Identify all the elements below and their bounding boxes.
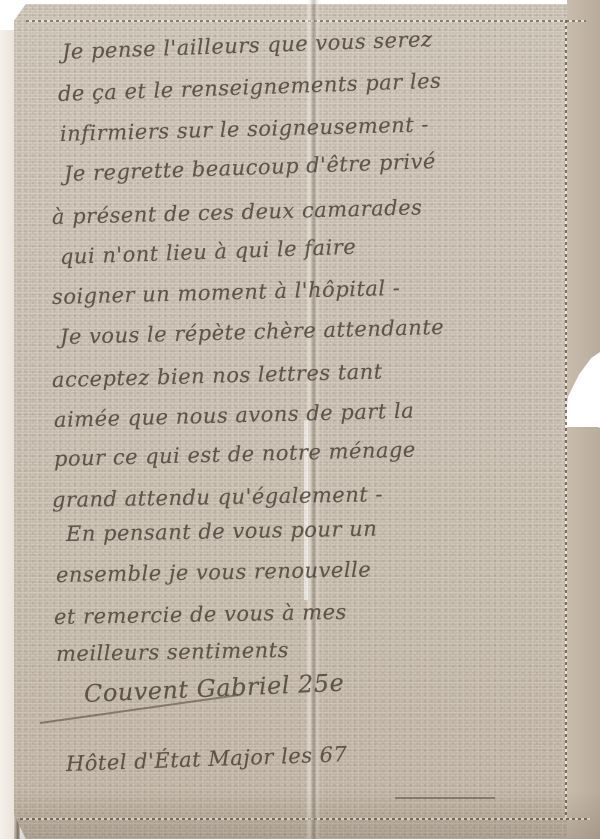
handwritten-line: ensemble je vous renouvelle bbox=[56, 557, 372, 586]
handwritten-line: soigner un moment à l'hôpital - bbox=[52, 276, 401, 309]
address-line: Hôtel d'État Major les 67 bbox=[66, 742, 348, 776]
handwritten-line: Je regrette beaucoup d'être privé bbox=[64, 149, 437, 186]
handwritten-line: et remercie de vous à mes bbox=[54, 600, 347, 629]
address-underline bbox=[395, 797, 495, 799]
handwritten-line: de ça et le renseignements par les bbox=[58, 69, 442, 106]
letter-body: Je pense l'ailleurs que vous serez de ça… bbox=[0, 0, 600, 839]
handwritten-line: Je pense l'ailleurs que vous serez bbox=[62, 27, 433, 64]
handwritten-line: à présent de ces deux camarades bbox=[52, 195, 423, 229]
scanned-letter: Je pense l'ailleurs que vous serez de ça… bbox=[0, 0, 600, 839]
handwritten-line: pour ce qui est de notre ménage bbox=[54, 438, 416, 471]
handwritten-line: infirmiers sur le soigneusement - bbox=[60, 112, 430, 146]
handwritten-line: acceptez bien nos lettres tant bbox=[52, 359, 383, 392]
handwritten-line: En pensant de vous pour un bbox=[66, 517, 378, 546]
handwritten-line: grand attendu qu'également - bbox=[52, 482, 383, 512]
handwritten-line: aimée que nous avons de part la bbox=[54, 399, 415, 432]
handwritten-line: qui n'ont lieu à qui le faire bbox=[60, 235, 357, 269]
handwritten-line: Je vous le répète chère attendante bbox=[60, 315, 445, 349]
handwritten-line: meilleurs sentiments bbox=[56, 638, 289, 666]
signature: Couvent Gabriel 25e bbox=[83, 669, 344, 708]
